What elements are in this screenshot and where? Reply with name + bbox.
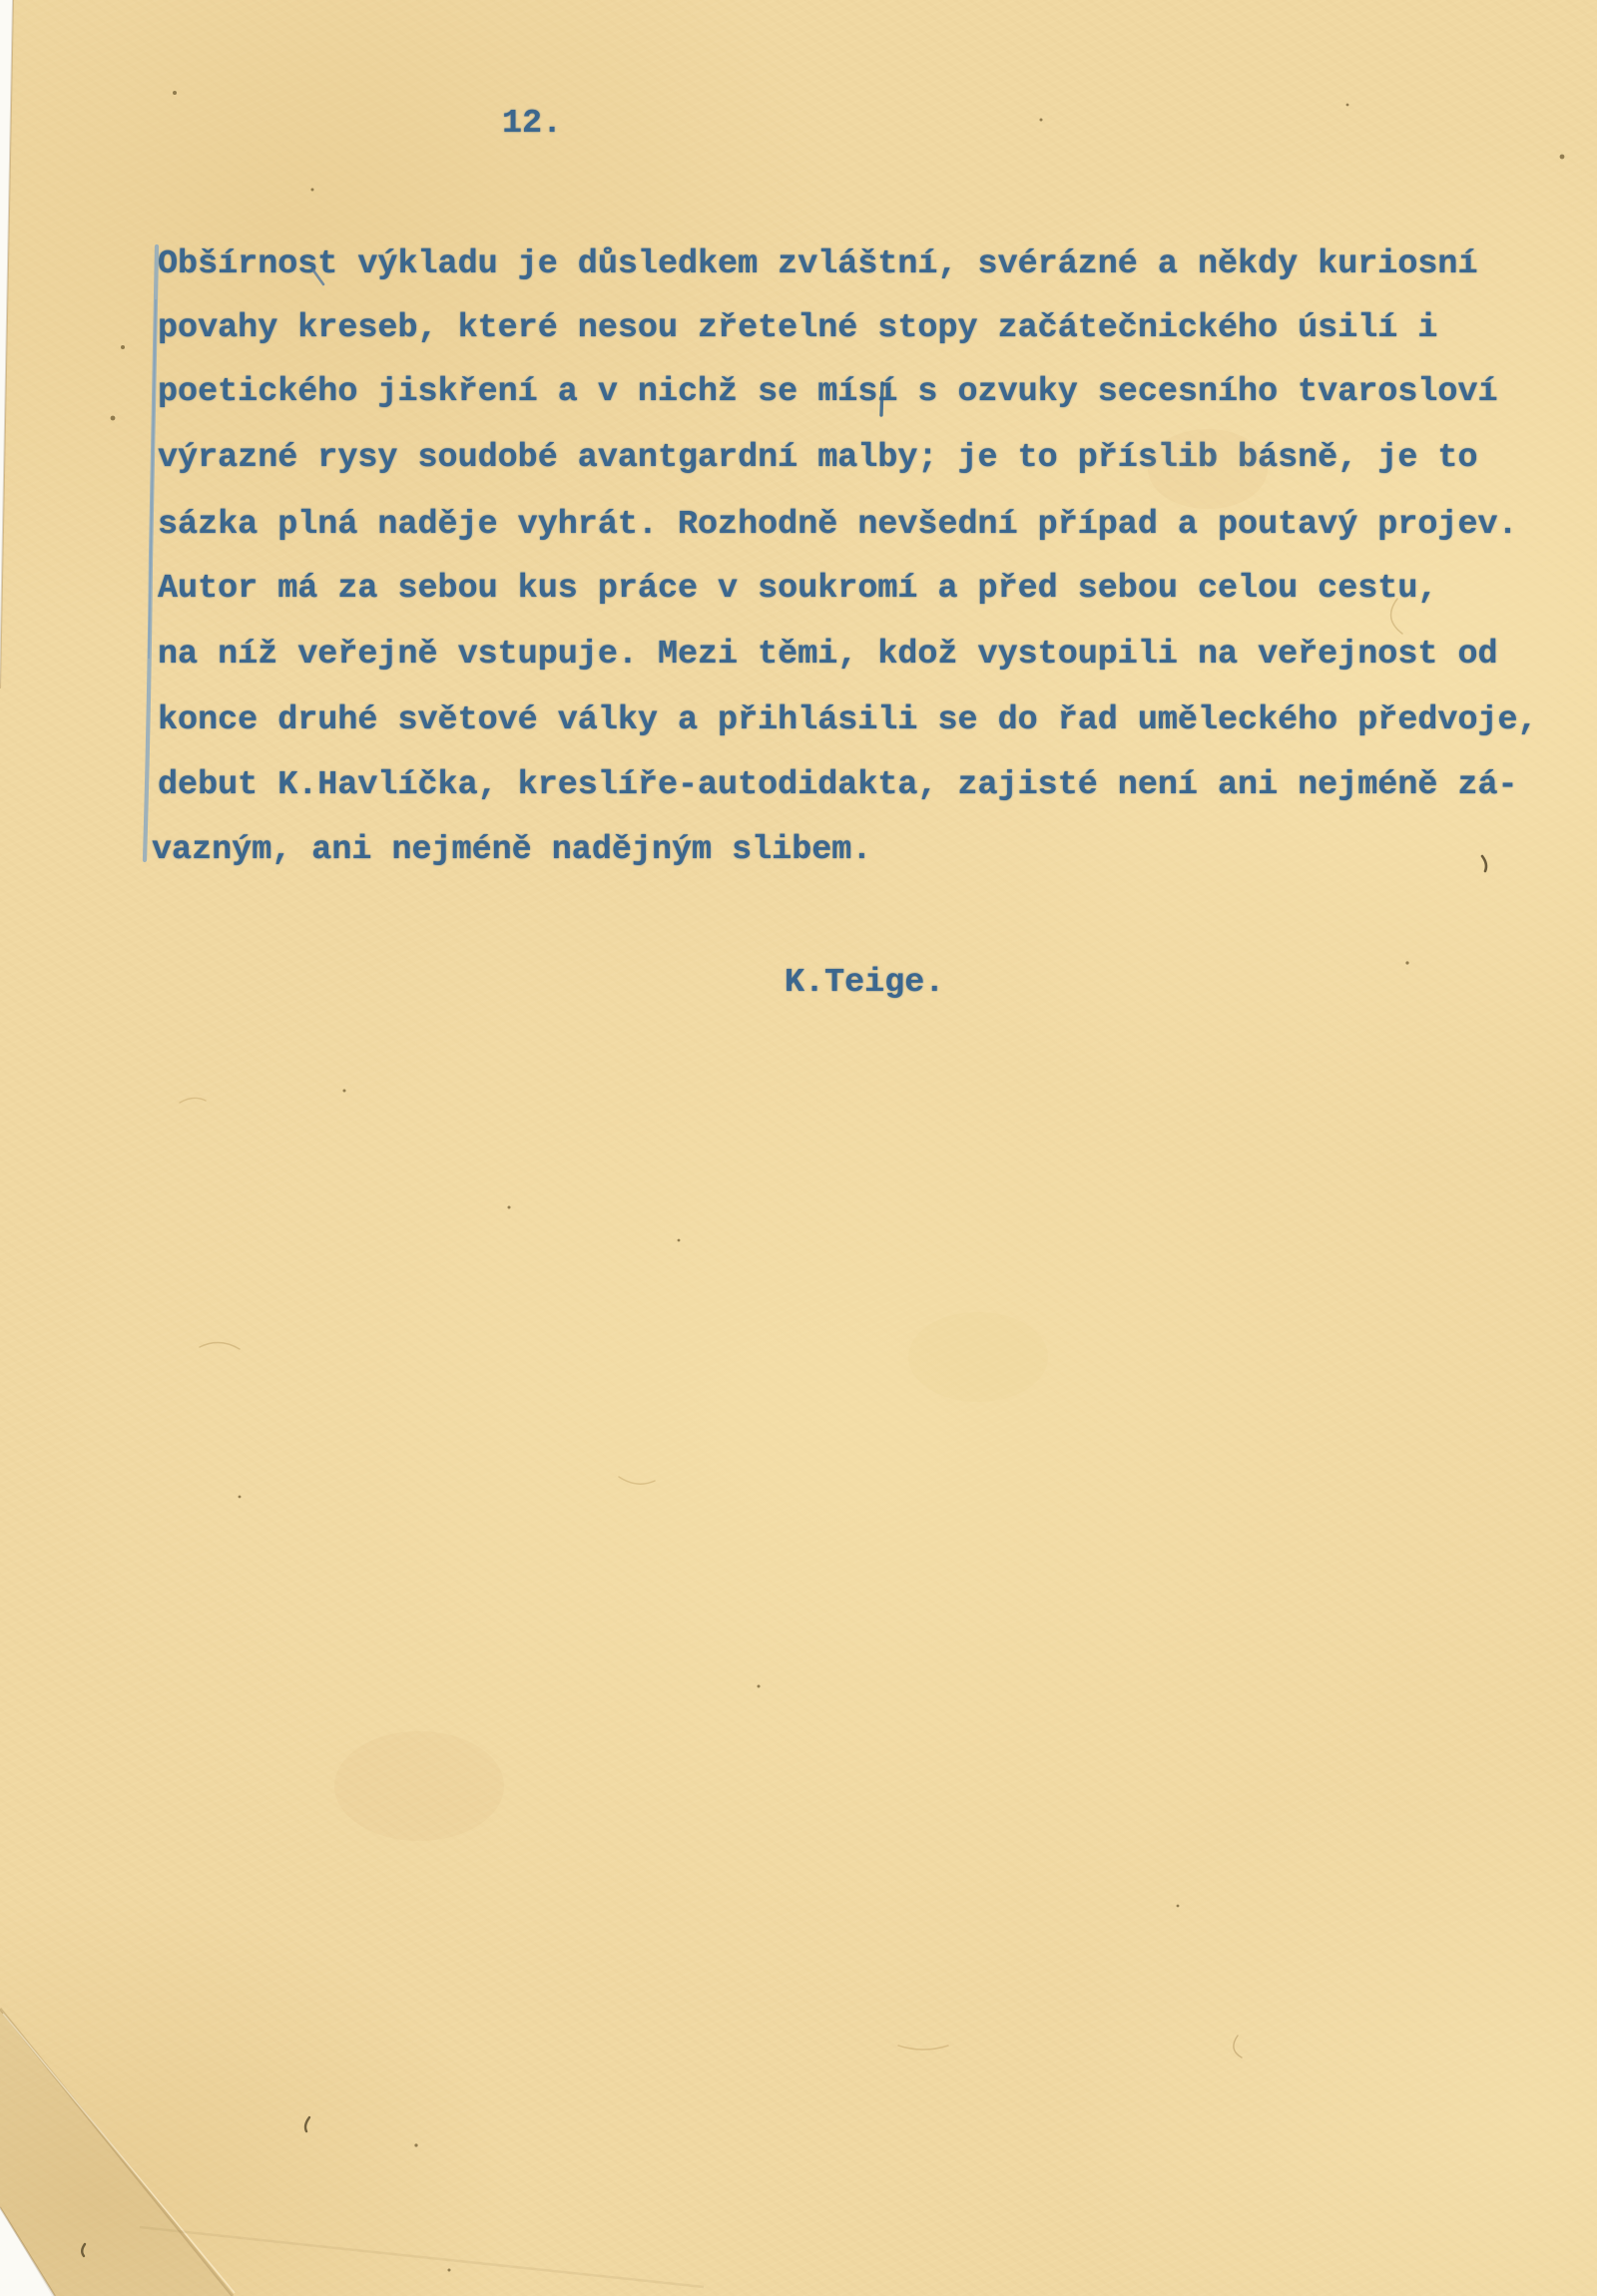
typed-line: výrazné rysy soudobé avantgardní malby; …: [158, 439, 1478, 477]
typed-line: poetického jiskření a v nichž se mísí s …: [158, 373, 1498, 411]
typed-line: debut K.Havlíčka, kreslíře-autodidakta, …: [158, 766, 1518, 804]
typed-line: na níž veřejně vstupuje. Mezi těmi, kdož…: [158, 636, 1498, 674]
scanned-document: 12. Obšírnost výkladu je důsledkem zvláš…: [0, 0, 1597, 2296]
signature: K.Teige.: [785, 964, 944, 1002]
typed-line: Autor má za sebou kus práce v soukromí a…: [158, 570, 1437, 608]
typed-line: vazným, ani nejméně nadějným slibem.: [152, 831, 871, 869]
typed-line: sázka plná naděje vyhrát. Rozhodně nevše…: [158, 506, 1518, 544]
typed-line: Obšírnost výkladu je důsledkem zvláštní,…: [158, 245, 1478, 283]
page-number: 12.: [502, 105, 562, 143]
typed-line: povahy kreseb, které nesou zřetelné stop…: [158, 309, 1437, 347]
typed-line: konce druhé světové války a přihlásili s…: [158, 701, 1538, 739]
